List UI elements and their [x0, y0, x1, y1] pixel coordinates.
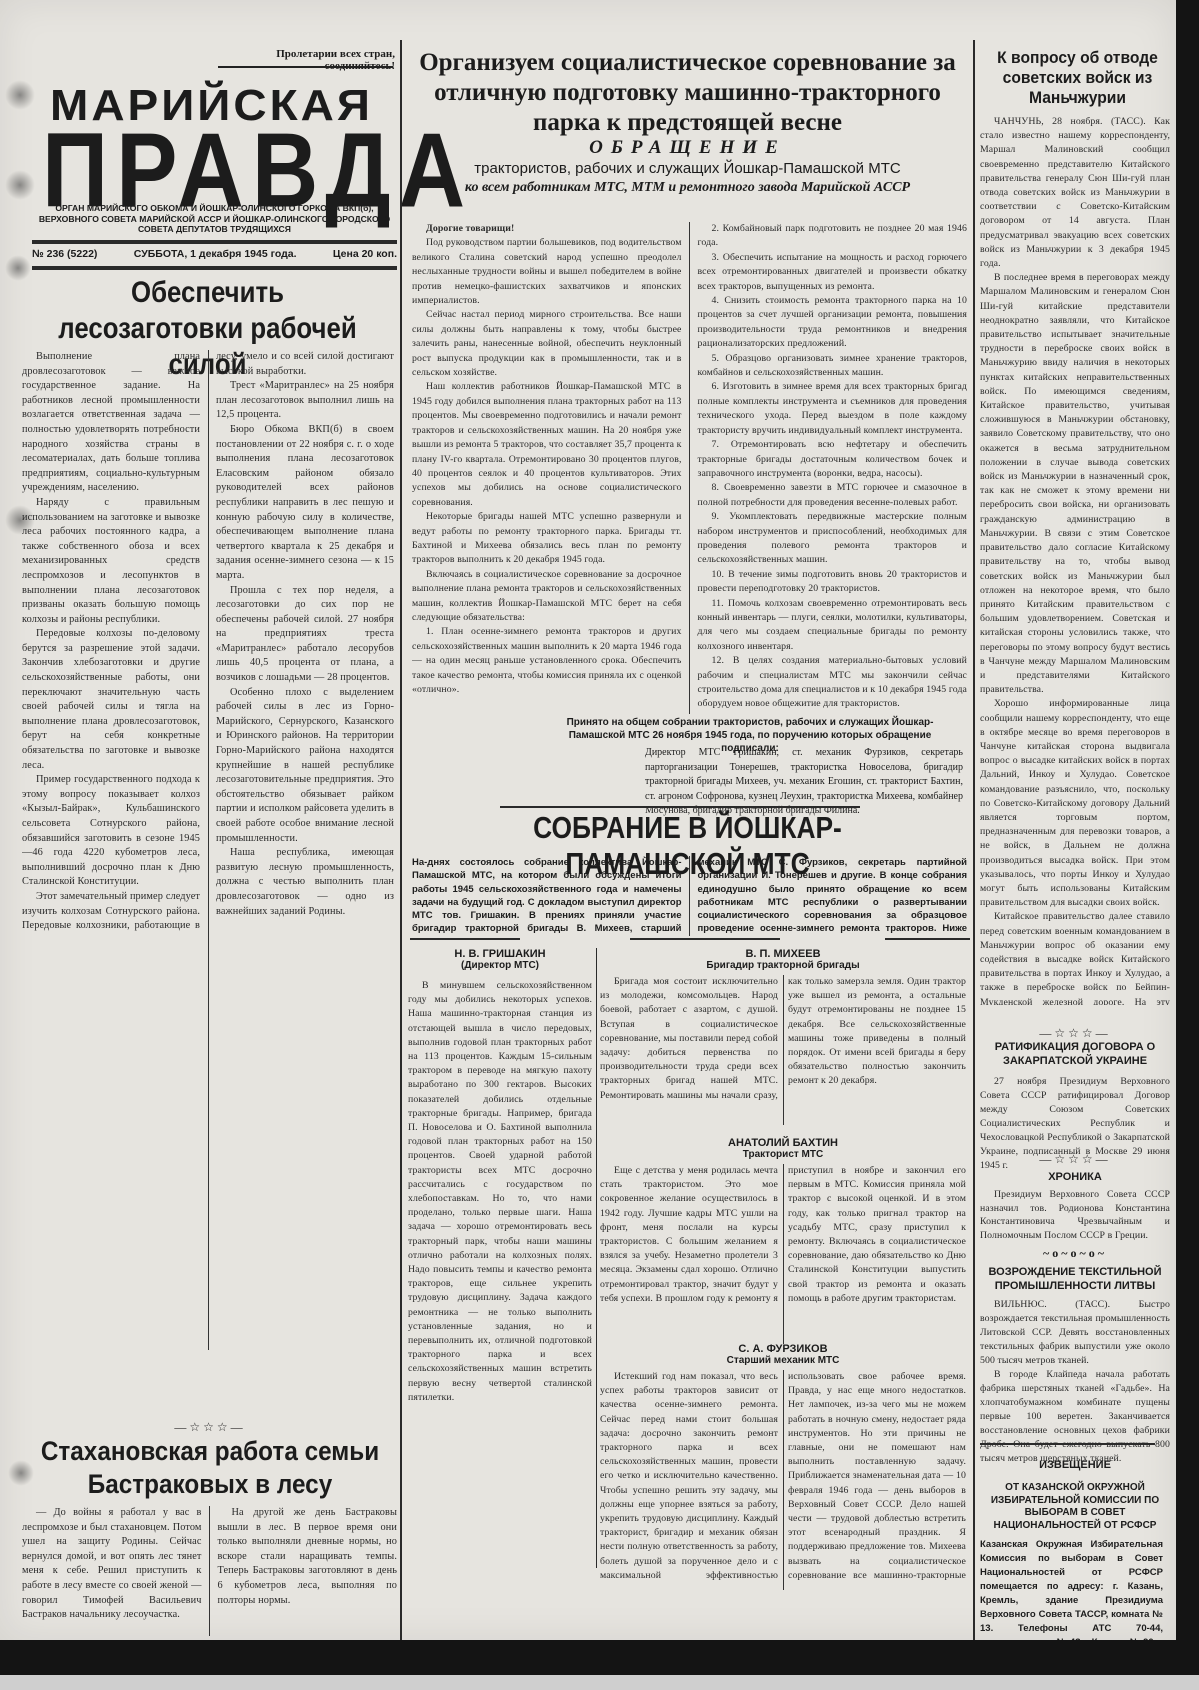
speech-text: Истекший год нам показал, что весь успех… [600, 1370, 966, 1590]
speech-mikheev: В. П. МИХЕЕВ Бригадир тракторной бригады… [600, 948, 966, 1125]
textile-body: ВИЛЬНЮС. (ТАСС). Быстро возрождается тек… [980, 1298, 1170, 1466]
speaker-role: Бригадир тракторной бригады [600, 960, 966, 971]
paragraph: ЧАНЧУНЬ, 28 ноября. (ТАСС). Как стало из… [980, 115, 1170, 271]
section-rule [410, 938, 520, 940]
paragraph: 10. В течение зимы подготовить вновь 20 … [698, 568, 968, 597]
page-stain [5, 255, 31, 281]
ornament-separator: ~o~o~o~ [980, 1246, 1170, 1261]
paragraph: Особенно плохо с выделением рабочей силы… [216, 686, 394, 847]
paragraph: Китайское правительство далее ставило пе… [980, 910, 1170, 1005]
paragraph: 2. Комбайновый парк подготовить не поздн… [698, 222, 968, 251]
paragraph: Трест «Маритранлес» на 25 ноября план ле… [216, 379, 394, 423]
paragraph: Бюро Обкома ВКП(б) в своем постановлении… [216, 423, 394, 584]
section-rule [630, 938, 780, 940]
paragraph: Прошла с тех пор неделя, а лесозаготовки… [216, 584, 394, 686]
paragraph: — До войны я работал у вас в леспромхозе… [22, 1506, 202, 1623]
column-rule [400, 40, 402, 1640]
textile-headline: ВОЗРОЖДЕНИЕ ТЕКСТИЛЬНОЙ ПРОМЫШЛЕННОСТИ Л… [980, 1265, 1170, 1293]
speech-text: В минувшем сельскохозяйственном году мы … [408, 979, 592, 1405]
issue-number: № 236 (5222) [32, 248, 97, 260]
paragraph: ВИЛЬНЮС. (ТАСС). Быстро возрождается тек… [980, 1298, 1170, 1368]
issue-price: Цена 20 коп. [333, 248, 397, 260]
stakhanov-body: — До войны я работал у вас в леспромхозе… [22, 1506, 397, 1636]
column-rule [596, 948, 597, 1568]
paragraph: 8. Своевременно завезти в МТС горючее и … [698, 481, 968, 510]
star-separator: —☆☆☆— [150, 1420, 270, 1435]
speaker-role: (Директор МТС) [408, 960, 592, 971]
speech-text: Еще с детства у меня родилась мечта стат… [600, 1164, 966, 1306]
appeal-label: ОБРАЩЕНИЕ [405, 137, 970, 159]
appeal-sub2: ко всем работникам МТС, МТМ и ремонтного… [405, 179, 970, 196]
masthead-organ: ОРГАН МАРИЙСКОГО ОБКОМА И ЙОШКАР-ОЛИНСКО… [32, 203, 397, 235]
paragraph: 5. Образцово организовать зимнее хранени… [698, 352, 968, 381]
speaker-name: АНАТОЛИЙ БАХТИН [600, 1137, 966, 1149]
scan-border-right [1176, 0, 1199, 1690]
speaker-name: В. П. МИХЕЕВ [600, 948, 966, 960]
lead-article-body: Выполнение плана дровлесозаготовок — важ… [22, 350, 394, 1350]
masthead-rule [32, 266, 397, 270]
paragraph: 9. Укомплектовать передвижные мастерские… [698, 510, 968, 568]
paragraph: 11. Помочь колхозам своевременно отремон… [698, 597, 968, 655]
scan-strip [0, 1675, 1199, 1690]
paragraph: 3. Обеспечить испытание на мощность и ра… [698, 251, 968, 294]
paragraph: Президиум Верховного Совета СССР назначи… [980, 1188, 1170, 1242]
appeal-sub1: трактористов, рабочих и служащих Йошкар-… [405, 160, 970, 177]
paragraph: 6. Изготовить в зимнее время для всех тр… [698, 380, 968, 438]
speaker-name: С. А. ФУРЗИКОВ [600, 1343, 966, 1355]
appeal-headline: Организуем социалистическое соревнование… [405, 48, 970, 138]
star-separator: —☆☆☆— [980, 1152, 1170, 1167]
paragraph: Наша республика, имеющая развитую лесную… [216, 846, 394, 919]
notice-headline: ОТ КАЗАНСКОЙ ОКРУЖНОЙ ИЗБИРАТЕЛЬНОЙ КОМИ… [990, 1482, 1160, 1532]
paragraph: 7. Отремонтировать всю нефтетару и обесп… [698, 438, 968, 481]
section-rule [980, 1443, 1155, 1445]
issue-line: № 236 (5222) СУББОТА, 1 декабря 1945 год… [32, 248, 397, 260]
speaker-role: Старший механик МТС [600, 1355, 966, 1366]
paragraph: В последнее время в переговорах между Ма… [980, 271, 1170, 697]
section-rule [500, 806, 860, 808]
stakhanov-headline: Стахановская работа семьи Бастраковых в … [39, 1435, 381, 1501]
paragraph: Передовые колхозы по-деловому берутся за… [22, 627, 200, 773]
chronicle-body: Президиум Верховного Совета СССР назначи… [980, 1188, 1170, 1242]
star-separator: —☆☆☆— [980, 1026, 1170, 1041]
paragraph: Сейчас настал период мирного строительст… [412, 308, 682, 380]
meeting-intro: На-днях состоялось собрание коллектива Й… [412, 856, 967, 936]
masthead-rule [32, 240, 397, 244]
notice-body: Казанская Окружная Избирательная Комисси… [980, 1538, 1163, 1650]
page-stain [8, 1460, 34, 1486]
paragraph: 12. В целях создания материально-бытовых… [698, 654, 968, 712]
manchuria-body: ЧАНЧУНЬ, 28 ноября. (ТАСС). Как стало из… [980, 115, 1170, 1005]
paragraph: Наш коллектив работников Йошкар-Памашско… [412, 380, 682, 510]
column-rule [973, 40, 975, 1640]
paragraph: Включаясь в социалистическое соревновани… [412, 568, 682, 626]
paragraph: Наряду с правильным использованием на за… [22, 496, 200, 627]
newspaper-page: Пролетарии всех стран, соединяйтесь! МАР… [0, 0, 1176, 1640]
chronicle-headline: ХРОНИКА [980, 1170, 1170, 1184]
salutation: Дорогие товарищи! [412, 222, 682, 236]
section-rule [885, 938, 970, 940]
paragraph: На другой же день Бастраковы вышли в лес… [218, 1506, 398, 1608]
paragraph: Под руководством партии большевиков, под… [412, 236, 682, 308]
speaker-role: Тракторист МТС [600, 1149, 966, 1160]
paragraph: 4. Снизить стоимость ремонта тракторного… [698, 294, 968, 352]
speech-furzikov: С. А. ФУРЗИКОВ Старший механик МТС Истек… [600, 1343, 966, 1590]
issue-date: СУББОТА, 1 декабря 1945 года. [134, 248, 297, 260]
speaker-name: Н. В. ГРИШАКИН [408, 948, 592, 960]
appeal-body: Дорогие товарищи! Под руководством парти… [412, 222, 967, 714]
notice-label: ИЗВЕЩЕНИЕ [980, 1458, 1170, 1472]
paragraph: В городе Клайпеда начала работать фабрик… [980, 1368, 1170, 1466]
slogan-rule [218, 66, 393, 68]
page-stain [5, 80, 35, 110]
paragraph: Выполнение плана дровлесозаготовок — важ… [22, 350, 200, 496]
ratification-headline: РАТИФИКАЦИЯ ДОГОВОРА О ЗАКАРПАТСКОЙ УКРА… [980, 1040, 1170, 1068]
paragraph: 1. План осенне-зимнего ремонта тракторов… [412, 625, 682, 697]
paragraph: Пример государственного подхода к этому … [22, 773, 200, 890]
masthead-slogan: Пролетарии всех стран, соединяйтесь! [230, 48, 395, 72]
speech-bakhtin: АНАТОЛИЙ БАХТИН Тракторист МТС Еще с дет… [600, 1137, 966, 1344]
paragraph: Хорошо информированные лица сообщили наш… [980, 697, 1170, 910]
speech-text: Бригада моя состоит исключительно из мол… [600, 975, 966, 1103]
manchuria-headline: К вопросу об отводе советских войск из М… [992, 48, 1162, 108]
page-stain [5, 170, 35, 200]
speech-grishakin: Н. В. ГРИШАКИН (Директор МТС) В минувшем… [408, 948, 592, 1589]
paragraph: Некоторые бригады нашей МТС успешно разв… [412, 510, 682, 568]
